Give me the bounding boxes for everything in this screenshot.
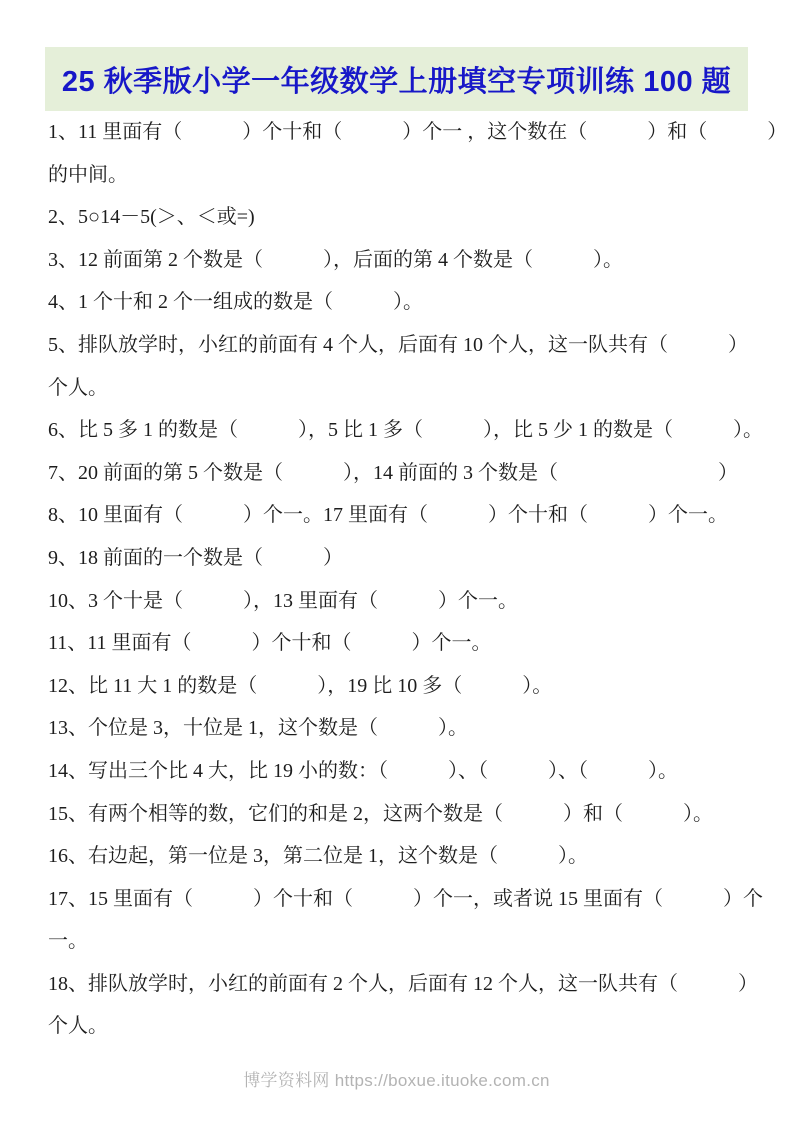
question-18-line-2: 个人。	[48, 1005, 758, 1048]
questions-list: 1、11 里面有（ ）个十和（ ）个一 ，这个数在（ ）和（ ）的中间。2、5○…	[48, 111, 758, 1048]
question-1-line-1: 1、11 里面有（ ）个十和（ ）个一 ，这个数在（ ）和（ ）	[48, 111, 758, 154]
question-16-line-1: 16、右边起，第一位是 3，第二位是 1，这个数是（ ）。	[48, 835, 758, 878]
worksheet-page: 25 秋季版小学一年级数学上册填空专项训练 100 题 1、11 里面有（ ）个…	[0, 0, 793, 1122]
question-9-line-1: 9、18 前面的一个数是（ ）	[48, 537, 758, 580]
question-5-line-1: 5、排队放学时，小红的前面有 4 个人，后面有 10 个人，这一队共有（ ）	[48, 324, 758, 367]
question-15-line-1: 15、有两个相等的数，它们的和是 2，这两个数是（ ）和（ ）。	[48, 793, 758, 836]
question-5-line-2: 个人。	[48, 367, 758, 410]
question-8-line-1: 8、10 里面有（ ）个一。17 里面有（ ）个十和（ ）个一。	[48, 494, 758, 537]
question-3-line-1: 3、12 前面第 2 个数是（ ），后面的第 4 个数是（ ）。	[48, 239, 758, 282]
question-18-line-1: 18、排队放学时，小红的前面有 2 个人，后面有 12 个人，这一队共有（ ）	[48, 963, 758, 1006]
question-6-line-1: 6、比 5 多 1 的数是（ ），5 比 1 多（ ），比 5 少 1 的数是（…	[48, 409, 758, 452]
title-band: 25 秋季版小学一年级数学上册填空专项训练 100 题	[45, 47, 748, 111]
question-7-line-1: 7、20 前面的第 5 个数是（ ），14 前面的 3 个数是（ ）	[48, 452, 758, 495]
question-2-line-1: 2、5○14－5(＞、＜或=)	[48, 196, 758, 239]
question-14-line-1: 14、写出三个比 4 大，比 19 小的数：（ ）、（ ）、（ ）。	[48, 750, 758, 793]
question-13-line-1: 13、个位是 3，十位是 1，这个数是（ ）。	[48, 707, 758, 750]
question-12-line-1: 12、比 11 大 1 的数是（ ），19 比 10 多（ ）。	[48, 665, 758, 708]
question-1-line-2: 的中间。	[48, 154, 758, 197]
question-4-line-1: 4、1 个十和 2 个一组成的数是（ ）。	[48, 281, 758, 324]
footer-site-text: 博学资料网 https://boxue.ituoke.com.cn	[243, 1071, 550, 1090]
question-17-line-2: 一。	[48, 920, 758, 963]
question-17-line-1: 17、15 里面有（ ）个十和（ ）个一，或者说 15 里面有（ ）个	[48, 878, 758, 921]
page-title: 25 秋季版小学一年级数学上册填空专项训练 100 题	[62, 59, 731, 100]
question-10-line-1: 10、3 个十是（ ），13 里面有（ ）个一。	[48, 580, 758, 623]
question-11-line-1: 11、11 里面有（ ）个十和（ ）个一。	[48, 622, 758, 665]
footer-watermark: 博学资料网 https://boxue.ituoke.com.cn	[0, 1066, 793, 1091]
